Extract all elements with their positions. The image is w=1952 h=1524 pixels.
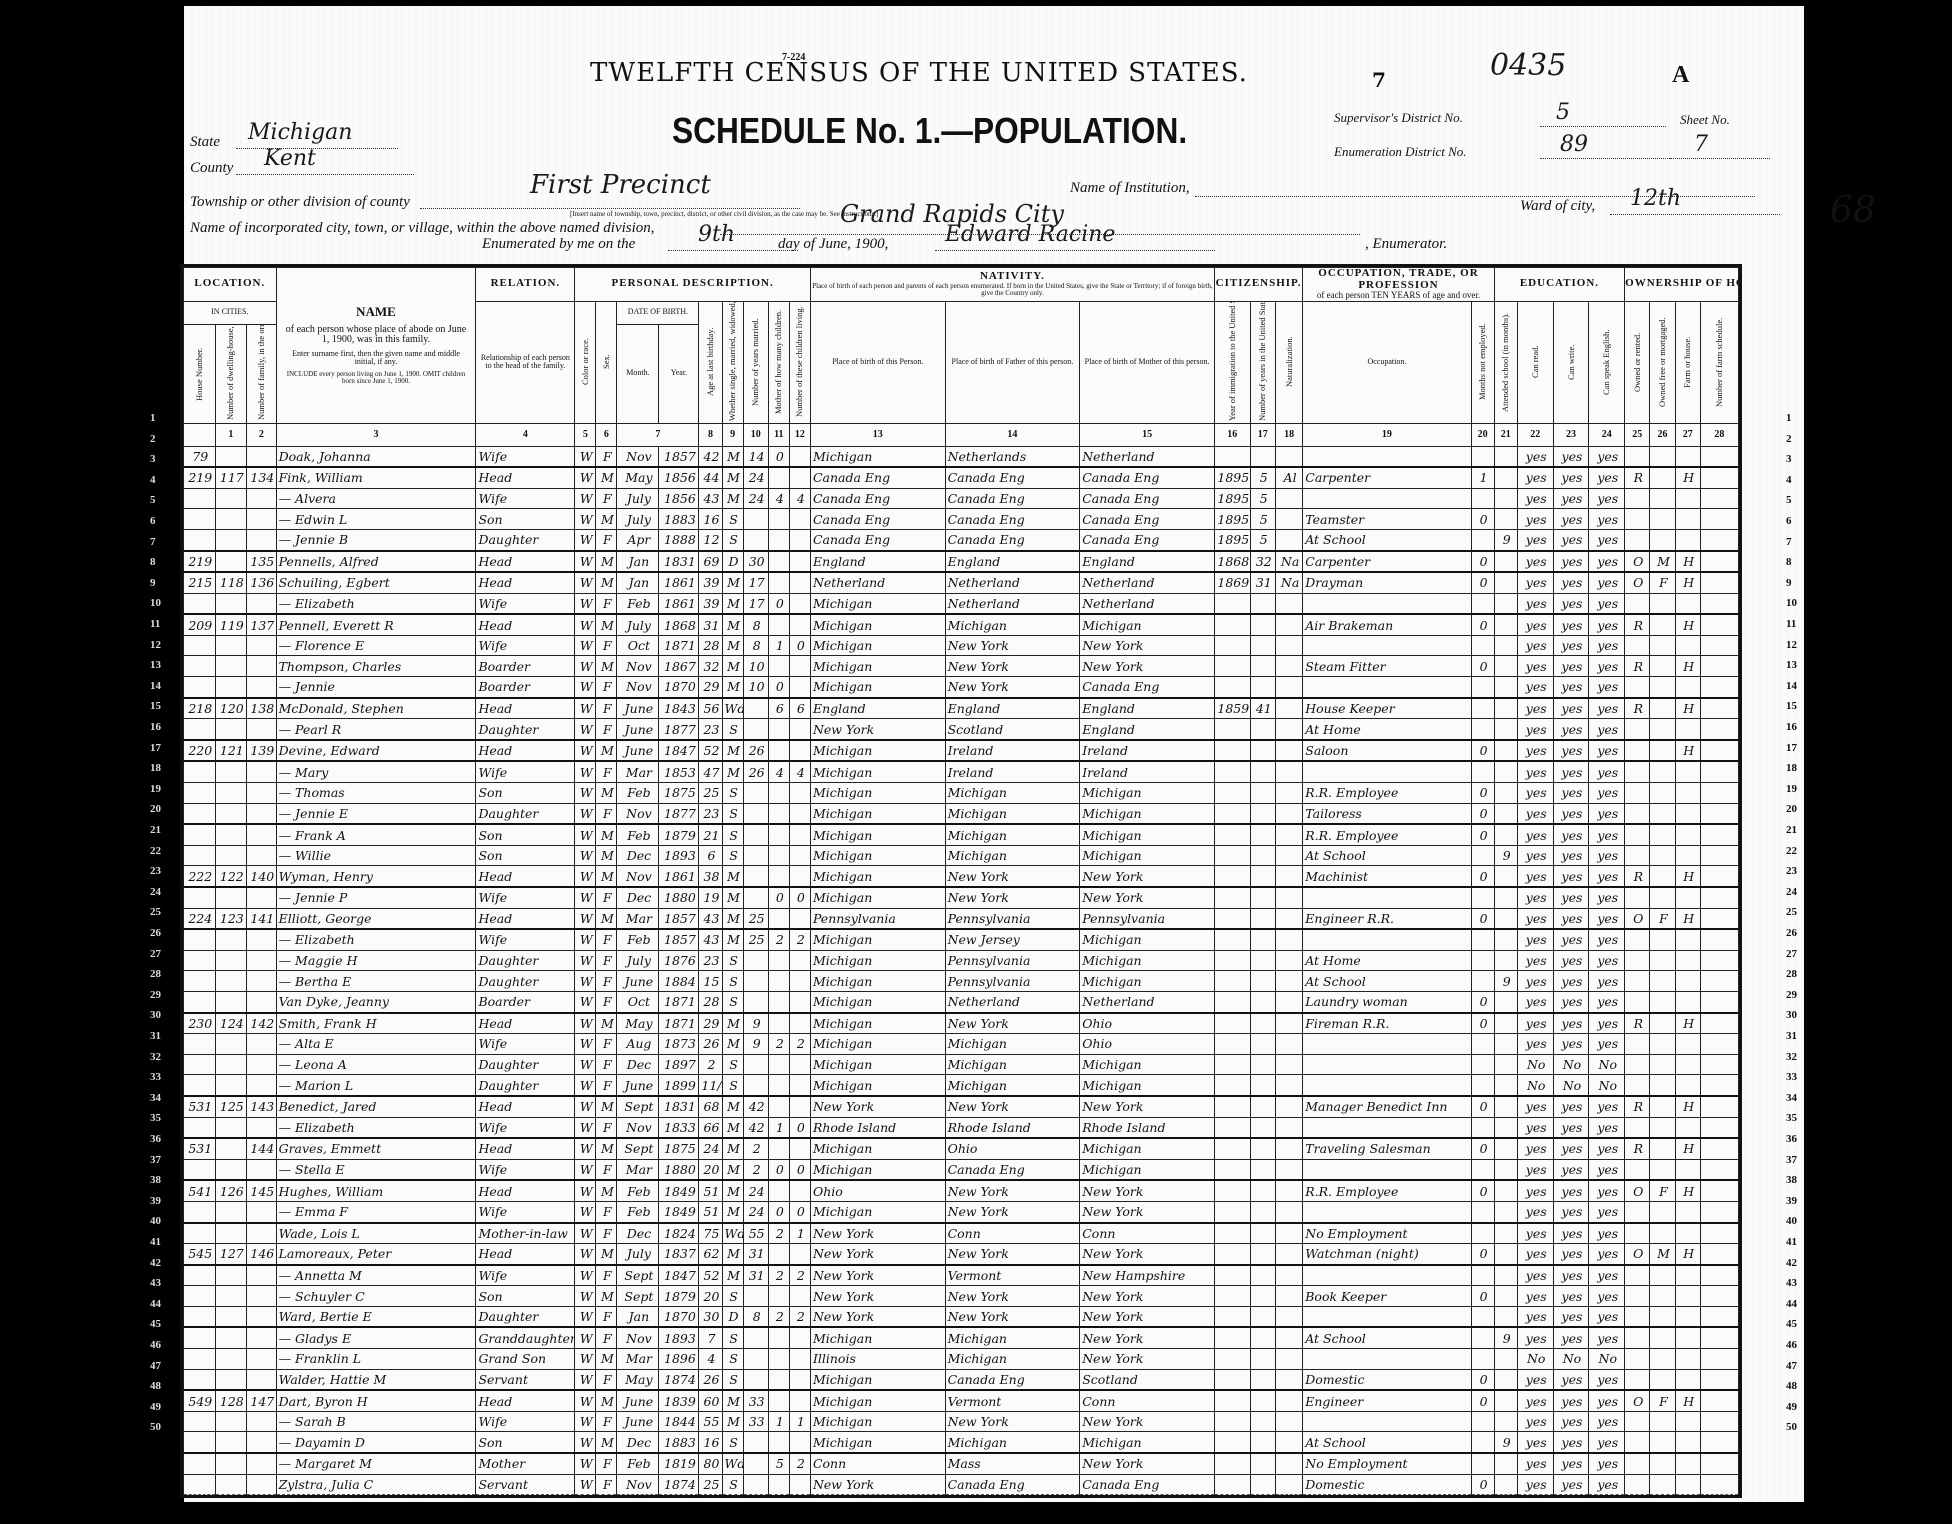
population-schedule-table: LOCATION. NAME of each person whose plac… [180, 264, 1742, 1498]
cell-family-number: 147 [247, 1390, 276, 1411]
cell-family-number: 135 [247, 551, 276, 573]
cell-naturalization [1275, 803, 1302, 824]
cell-family-number: 143 [247, 1096, 276, 1117]
cell-immigration-year: 1895 [1214, 509, 1250, 530]
cell-years-in-us [1250, 1013, 1275, 1034]
cell-sex: M [596, 1286, 617, 1307]
cell-naturalization [1275, 1432, 1302, 1453]
cell-free-mortgaged [1650, 971, 1675, 992]
cell-years-in-us [1250, 1411, 1275, 1432]
cell-house-number [184, 761, 216, 782]
cell-naturalization [1275, 887, 1302, 908]
cell-mother-birthplace: Michigan [1080, 1075, 1215, 1096]
cell-dwelling-number: 128 [215, 1390, 247, 1411]
cell-owned-rented: R [1625, 614, 1650, 635]
cell-relation: Head [476, 908, 575, 929]
cell-can-read: yes [1517, 1096, 1553, 1117]
cell-age: 43 [699, 908, 722, 929]
cell-years-married: 17 [743, 593, 768, 614]
cell-mother-of [768, 1474, 789, 1495]
cell-sex: M [596, 1096, 617, 1117]
cell-owned-rented [1625, 1159, 1650, 1180]
cell-can-read: yes [1517, 1138, 1553, 1159]
cell-can-write: yes [1553, 1223, 1589, 1244]
cell-free-mortgaged [1650, 1327, 1675, 1348]
cell-months-unemployed: 0 [1471, 614, 1494, 635]
cell-birthplace: Michigan [810, 971, 945, 992]
cell-immigration-year: 1868 [1214, 551, 1250, 573]
cell-sex: F [596, 929, 617, 950]
cell-family-number [247, 1034, 276, 1055]
table-row: 541126145Hughes, WilliamHeadWMFeb184951M… [184, 1180, 1739, 1201]
cell-owned-rented [1625, 887, 1650, 908]
cell-marital-status: S [722, 1349, 743, 1370]
cell-race: W [575, 1306, 596, 1327]
cell-occupation: Engineer [1303, 1390, 1471, 1411]
cell-birthplace: Michigan [810, 783, 945, 804]
cell-dwelling-number: 123 [215, 908, 247, 929]
cell-birthplace: New York [810, 1244, 945, 1265]
line-number: 25 [1786, 906, 1797, 918]
cell-marital-status: M [722, 1096, 743, 1117]
cell-house-number [184, 971, 216, 992]
cell-mother-birthplace: Canada Eng [1080, 1474, 1215, 1495]
cell-years-married: 55 [743, 1223, 768, 1244]
cell-birth-year: 1824 [659, 1223, 699, 1244]
state-label: State [190, 134, 220, 151]
cell-naturalization [1275, 719, 1302, 740]
cell-birth-month: Mar [617, 1159, 659, 1180]
line-number: 19 [1786, 783, 1797, 795]
cell-birth-month: Dec [617, 887, 659, 908]
cell-can-read: No [1517, 1054, 1553, 1075]
cell-immigration-year [1214, 1349, 1250, 1370]
cell-family-number [247, 677, 276, 698]
cell-race: W [575, 1432, 596, 1453]
line-number: 19 [150, 783, 161, 795]
cell-occupation [1303, 1411, 1471, 1432]
cell-birth-month: July [617, 1244, 659, 1265]
cell-family-number [247, 1327, 276, 1348]
cell-birth-month: Feb [617, 593, 659, 614]
cell-occupation [1303, 1159, 1471, 1180]
cell-farm-house [1675, 1327, 1700, 1348]
cell-years-married: 17 [743, 572, 768, 593]
line-number: 11 [150, 618, 160, 630]
cell-months-unemployed: 0 [1471, 1474, 1494, 1495]
cell-father-birthplace: New York [945, 1306, 1080, 1327]
cell-can-write: yes [1553, 971, 1589, 992]
cell-mother-of [768, 467, 789, 488]
cell-sex: M [596, 1432, 617, 1453]
cell-years-in-us [1250, 1390, 1275, 1411]
cell-naturalization [1275, 1034, 1302, 1055]
cell-free-mortgaged [1650, 1432, 1675, 1453]
cell-mother-birthplace: New York [1080, 1244, 1215, 1265]
cell-sex: M [596, 866, 617, 887]
cell-years-in-us [1250, 1096, 1275, 1117]
cell-house-number [184, 509, 216, 530]
cell-owned-rented [1625, 529, 1650, 550]
cell-farm-house [1675, 803, 1700, 824]
cell-house-number [184, 1286, 216, 1307]
cell-marital-status: M [722, 1013, 743, 1034]
cell-birth-month: Nov [617, 1474, 659, 1495]
cell-years-married: 8 [743, 1306, 768, 1327]
line-number: 28 [1786, 968, 1797, 980]
cell-mother-birthplace: Rhode Island [1080, 1117, 1215, 1138]
cell-free-mortgaged [1650, 529, 1675, 550]
cell-farm-schedule [1700, 446, 1738, 467]
colnum-30: 28 [1700, 423, 1738, 446]
township-label: Township or other division of county [190, 194, 410, 211]
cell-children-living [789, 677, 810, 698]
cell-name: Schuiling, Egbert [276, 572, 476, 593]
cell-birth-month: July [617, 509, 659, 530]
cell-speaks-english: yes [1589, 908, 1625, 929]
cell-speaks-english: yes [1589, 845, 1625, 866]
cell-birthplace: New York [810, 1286, 945, 1307]
cell-relation: Wife [476, 1034, 575, 1055]
cell-sex: F [596, 1265, 617, 1286]
cell-house-number [184, 488, 216, 509]
cell-family-number: 146 [247, 1244, 276, 1265]
cell-school-months [1494, 1369, 1517, 1390]
line-number: 15 [1786, 700, 1797, 712]
cell-farm-schedule [1700, 950, 1738, 971]
cell-house-number [184, 635, 216, 656]
header-col-25: Can write. [1553, 301, 1589, 423]
cell-name: — Jennie B [276, 529, 476, 550]
cell-occupation: Book Keeper [1303, 1286, 1471, 1307]
cell-father-birthplace: Michigan [945, 614, 1080, 635]
cell-sex: M [596, 509, 617, 530]
cell-name: — Franklin L [276, 1349, 476, 1370]
page-mark: 7 [1372, 68, 1386, 92]
cell-marital-status: S [722, 971, 743, 992]
cell-marital-status: M [722, 1034, 743, 1055]
cell-race: W [575, 467, 596, 488]
cell-house-number: 224 [184, 908, 216, 929]
cell-birth-month: Mar [617, 761, 659, 782]
cell-father-birthplace: New York [945, 1096, 1080, 1117]
cell-naturalization [1275, 698, 1302, 719]
line-number: 12 [1786, 639, 1797, 651]
cell-free-mortgaged [1650, 698, 1675, 719]
cell-owned-rented [1625, 446, 1650, 467]
colnum-29: 27 [1675, 423, 1700, 446]
colnum-27: 25 [1625, 423, 1650, 446]
cell-sex: F [596, 593, 617, 614]
cell-years-married [743, 803, 768, 824]
header-col-23: Attended school (in months). [1494, 301, 1517, 423]
cell-naturalization [1275, 677, 1302, 698]
table-row: — Jennie PWifeWFDec188019M00MichiganNew … [184, 887, 1739, 908]
cell-school-months: 9 [1494, 529, 1517, 550]
census-title: TWELFTH CENSUS OF THE UNITED STATES. [590, 58, 1248, 88]
supervisor-field: 5 [1540, 100, 1666, 127]
line-number: 9 [150, 577, 156, 589]
cell-owned-rented: O [1625, 1390, 1650, 1411]
cell-mother-of: 2 [768, 1223, 789, 1244]
cell-dwelling-number: 125 [215, 1096, 247, 1117]
cell-can-write: No [1553, 1075, 1589, 1096]
cell-speaks-english: yes [1589, 971, 1625, 992]
colnum-12: 10 [743, 423, 768, 446]
cell-speaks-english: yes [1589, 1013, 1625, 1034]
cell-children-living: 0 [789, 635, 810, 656]
cell-race: W [575, 1223, 596, 1244]
cell-relation: Son [476, 509, 575, 530]
line-number: 42 [150, 1257, 161, 1269]
cell-can-read: yes [1517, 1306, 1553, 1327]
cell-father-birthplace: New York [945, 635, 1080, 656]
cell-farm-schedule [1700, 1201, 1738, 1222]
cell-birth-month: June [617, 971, 659, 992]
cell-naturalization [1275, 529, 1302, 550]
cell-school-months [1494, 1138, 1517, 1159]
line-number: 46 [1786, 1339, 1797, 1351]
cell-years-married: 42 [743, 1117, 768, 1138]
cell-marital-status: S [722, 991, 743, 1012]
cell-dwelling-number [215, 551, 247, 573]
cell-occupation [1303, 593, 1471, 614]
cell-months-unemployed [1471, 677, 1494, 698]
cell-mother-birthplace: Canada Eng [1080, 677, 1215, 698]
cell-children-living: 2 [789, 1034, 810, 1055]
colnum-24: 22 [1517, 423, 1553, 446]
cell-sex: F [596, 1034, 617, 1055]
cell-birth-month: Sept [617, 1096, 659, 1117]
cell-birth-year: 1897 [659, 1054, 699, 1075]
cell-months-unemployed [1471, 1201, 1494, 1222]
cell-naturalization [1275, 929, 1302, 950]
cell-naturalization: Na [1275, 551, 1302, 573]
cell-father-birthplace: Netherland [945, 991, 1080, 1012]
cell-occupation: At School [1303, 971, 1471, 992]
cell-race: W [575, 1180, 596, 1201]
cell-years-in-us [1250, 950, 1275, 971]
cell-months-unemployed [1471, 1159, 1494, 1180]
cell-father-birthplace: Netherland [945, 593, 1080, 614]
colnum-10: 8 [699, 423, 722, 446]
cell-speaks-english: yes [1589, 446, 1625, 467]
cell-owned-rented [1625, 1432, 1650, 1453]
cell-name: Thompson, Charles [276, 656, 476, 677]
cell-family-number [247, 803, 276, 824]
cell-speaks-english: yes [1589, 929, 1625, 950]
cell-dwelling-number [215, 509, 247, 530]
cell-school-months [1494, 1306, 1517, 1327]
table-row: 218120138McDonald, StephenHeadWFJune1843… [184, 698, 1739, 719]
cell-mother-of: 2 [768, 1265, 789, 1286]
cell-father-birthplace: New York [945, 1244, 1080, 1265]
cell-children-living: 0 [789, 1201, 810, 1222]
cell-can-write: No [1553, 1349, 1589, 1370]
cell-children-living: 0 [789, 1117, 810, 1138]
cell-race: W [575, 446, 596, 467]
cell-birth-month: Feb [617, 783, 659, 804]
cell-school-months [1494, 908, 1517, 929]
cell-house-number [184, 1054, 216, 1075]
cell-sex: F [596, 1327, 617, 1348]
cell-speaks-english: yes [1589, 1096, 1625, 1117]
table-row: 230124142Smith, Frank HHeadWMMay187129M9… [184, 1013, 1739, 1034]
cell-immigration-year: 1859 [1214, 698, 1250, 719]
cell-can-read: yes [1517, 593, 1553, 614]
cell-can-read: yes [1517, 824, 1553, 845]
cell-free-mortgaged [1650, 1369, 1675, 1390]
cell-house-number [184, 991, 216, 1012]
cell-marital-status: M [722, 488, 743, 509]
cell-race: W [575, 488, 596, 509]
cell-years-in-us [1250, 1265, 1275, 1286]
cell-speaks-english: yes [1589, 1138, 1625, 1159]
line-number: 10 [1786, 597, 1797, 609]
cell-dwelling-number [215, 1411, 247, 1432]
line-number: 50 [1786, 1421, 1797, 1433]
table-row: Wade, Lois LMother-in-lawWFDec182475Wd55… [184, 1223, 1739, 1244]
cell-birthplace: Michigan [810, 593, 945, 614]
cell-mother-birthplace: New York [1080, 1349, 1215, 1370]
cell-birthplace: Rhode Island [810, 1117, 945, 1138]
cell-years-in-us [1250, 677, 1275, 698]
cell-years-married [743, 1432, 768, 1453]
cell-children-living: 4 [789, 761, 810, 782]
cell-can-write: yes [1553, 1369, 1589, 1390]
cell-birth-month: May [617, 467, 659, 488]
cell-can-read: yes [1517, 1453, 1553, 1474]
table-row: — Schuyler CSonWMSept187920SNew YorkNew … [184, 1286, 1739, 1307]
cell-farm-house [1675, 783, 1700, 804]
cell-house-number [184, 1265, 216, 1286]
header-col-11: Whether single, married, widowed, or div… [722, 301, 743, 423]
cell-can-write: yes [1553, 1201, 1589, 1222]
cell-birthplace: New York [810, 1474, 945, 1495]
cell-marital-status: S [722, 803, 743, 824]
cell-name: — Leona A [276, 1054, 476, 1075]
cell-children-living: 0 [789, 1159, 810, 1180]
cell-occupation [1303, 1117, 1471, 1138]
cell-sex: F [596, 719, 617, 740]
supervisor-label: Supervisor's District No. [1334, 110, 1463, 126]
cell-years-married [743, 783, 768, 804]
line-number: 44 [150, 1298, 161, 1310]
cell-years-married: 9 [743, 1013, 768, 1034]
table-row: — Dayamin DSonWMDec188316SMichiganMichig… [184, 1432, 1739, 1453]
cell-children-living [789, 866, 810, 887]
cell-school-months [1494, 1117, 1517, 1138]
cell-school-months [1494, 824, 1517, 845]
cell-house-number [184, 845, 216, 866]
line-number: 9 [1786, 577, 1792, 589]
cell-dwelling-number [215, 1306, 247, 1327]
cell-naturalization [1275, 740, 1302, 762]
cell-sex: F [596, 1474, 617, 1495]
cell-owned-rented [1625, 991, 1650, 1012]
cell-relation: Wife [476, 887, 575, 908]
cell-years-married: 26 [743, 761, 768, 782]
cell-name: — Annetta M [276, 1265, 476, 1286]
sheet-label: Sheet No. [1680, 112, 1730, 128]
cell-free-mortgaged [1650, 783, 1675, 804]
cell-family-number [247, 1369, 276, 1390]
cell-birthplace: Michigan [810, 1138, 945, 1159]
cell-school-months [1494, 1474, 1517, 1495]
sheet-letter: A [1672, 62, 1689, 89]
cell-free-mortgaged: F [1650, 1180, 1675, 1201]
line-number: 27 [150, 948, 161, 960]
cell-school-months [1494, 446, 1517, 467]
cell-sex: M [596, 551, 617, 573]
cell-occupation: R.R. Employee [1303, 1180, 1471, 1201]
cell-years-in-us [1250, 991, 1275, 1012]
cell-years-married [743, 991, 768, 1012]
cell-naturalization [1275, 1075, 1302, 1096]
cell-relation: Mother-in-law [476, 1223, 575, 1244]
cell-immigration-year [1214, 803, 1250, 824]
cell-naturalization [1275, 1411, 1302, 1432]
cell-months-unemployed: 0 [1471, 1369, 1494, 1390]
cell-race: W [575, 1349, 596, 1370]
cell-speaks-english: yes [1589, 1286, 1625, 1307]
cell-occupation: At School [1303, 1327, 1471, 1348]
cell-age: 29 [699, 1013, 722, 1034]
colnum-28: 26 [1650, 423, 1675, 446]
cell-farm-schedule [1700, 740, 1738, 762]
cell-farm-schedule [1700, 887, 1738, 908]
cell-occupation [1303, 1075, 1471, 1096]
cell-dwelling-number [215, 488, 247, 509]
cell-name: — Bertha E [276, 971, 476, 992]
cell-mother-of [768, 719, 789, 740]
cell-birth-month: June [617, 698, 659, 719]
cell-naturalization [1275, 950, 1302, 971]
cell-months-unemployed: 0 [1471, 783, 1494, 804]
line-number: 17 [150, 742, 161, 754]
cell-dwelling-number [215, 1201, 247, 1222]
cell-occupation: R.R. Employee [1303, 824, 1471, 845]
cell-birth-month: Feb [617, 824, 659, 845]
cell-dwelling-number: 120 [215, 698, 247, 719]
cell-can-read: yes [1517, 950, 1553, 971]
cell-naturalization [1275, 908, 1302, 929]
cell-relation: Head [476, 1013, 575, 1034]
cell-months-unemployed [1471, 1327, 1494, 1348]
cell-free-mortgaged [1650, 1306, 1675, 1327]
cell-relation: Son [476, 1432, 575, 1453]
cell-mother-of [768, 845, 789, 866]
cell-relation: Son [476, 1286, 575, 1307]
cell-children-living [789, 824, 810, 845]
cell-race: W [575, 1411, 596, 1432]
cell-can-write: No [1553, 1054, 1589, 1075]
cell-school-months [1494, 593, 1517, 614]
cell-mother-birthplace: Michigan [1080, 845, 1215, 866]
line-number: 6 [1786, 515, 1792, 527]
line-number: 33 [1786, 1071, 1797, 1083]
cell-school-months [1494, 677, 1517, 698]
cell-marital-status: Wd [722, 698, 743, 719]
cell-birth-year: 1843 [659, 698, 699, 719]
cell-children-living: 2 [789, 1265, 810, 1286]
cell-mother-birthplace: Canada Eng [1080, 467, 1215, 488]
cell-name: — Jennie E [276, 803, 476, 824]
cell-years-in-us [1250, 1159, 1275, 1180]
cell-relation: Wife [476, 929, 575, 950]
line-number: 5 [150, 494, 156, 506]
cell-birthplace: New York [810, 1306, 945, 1327]
